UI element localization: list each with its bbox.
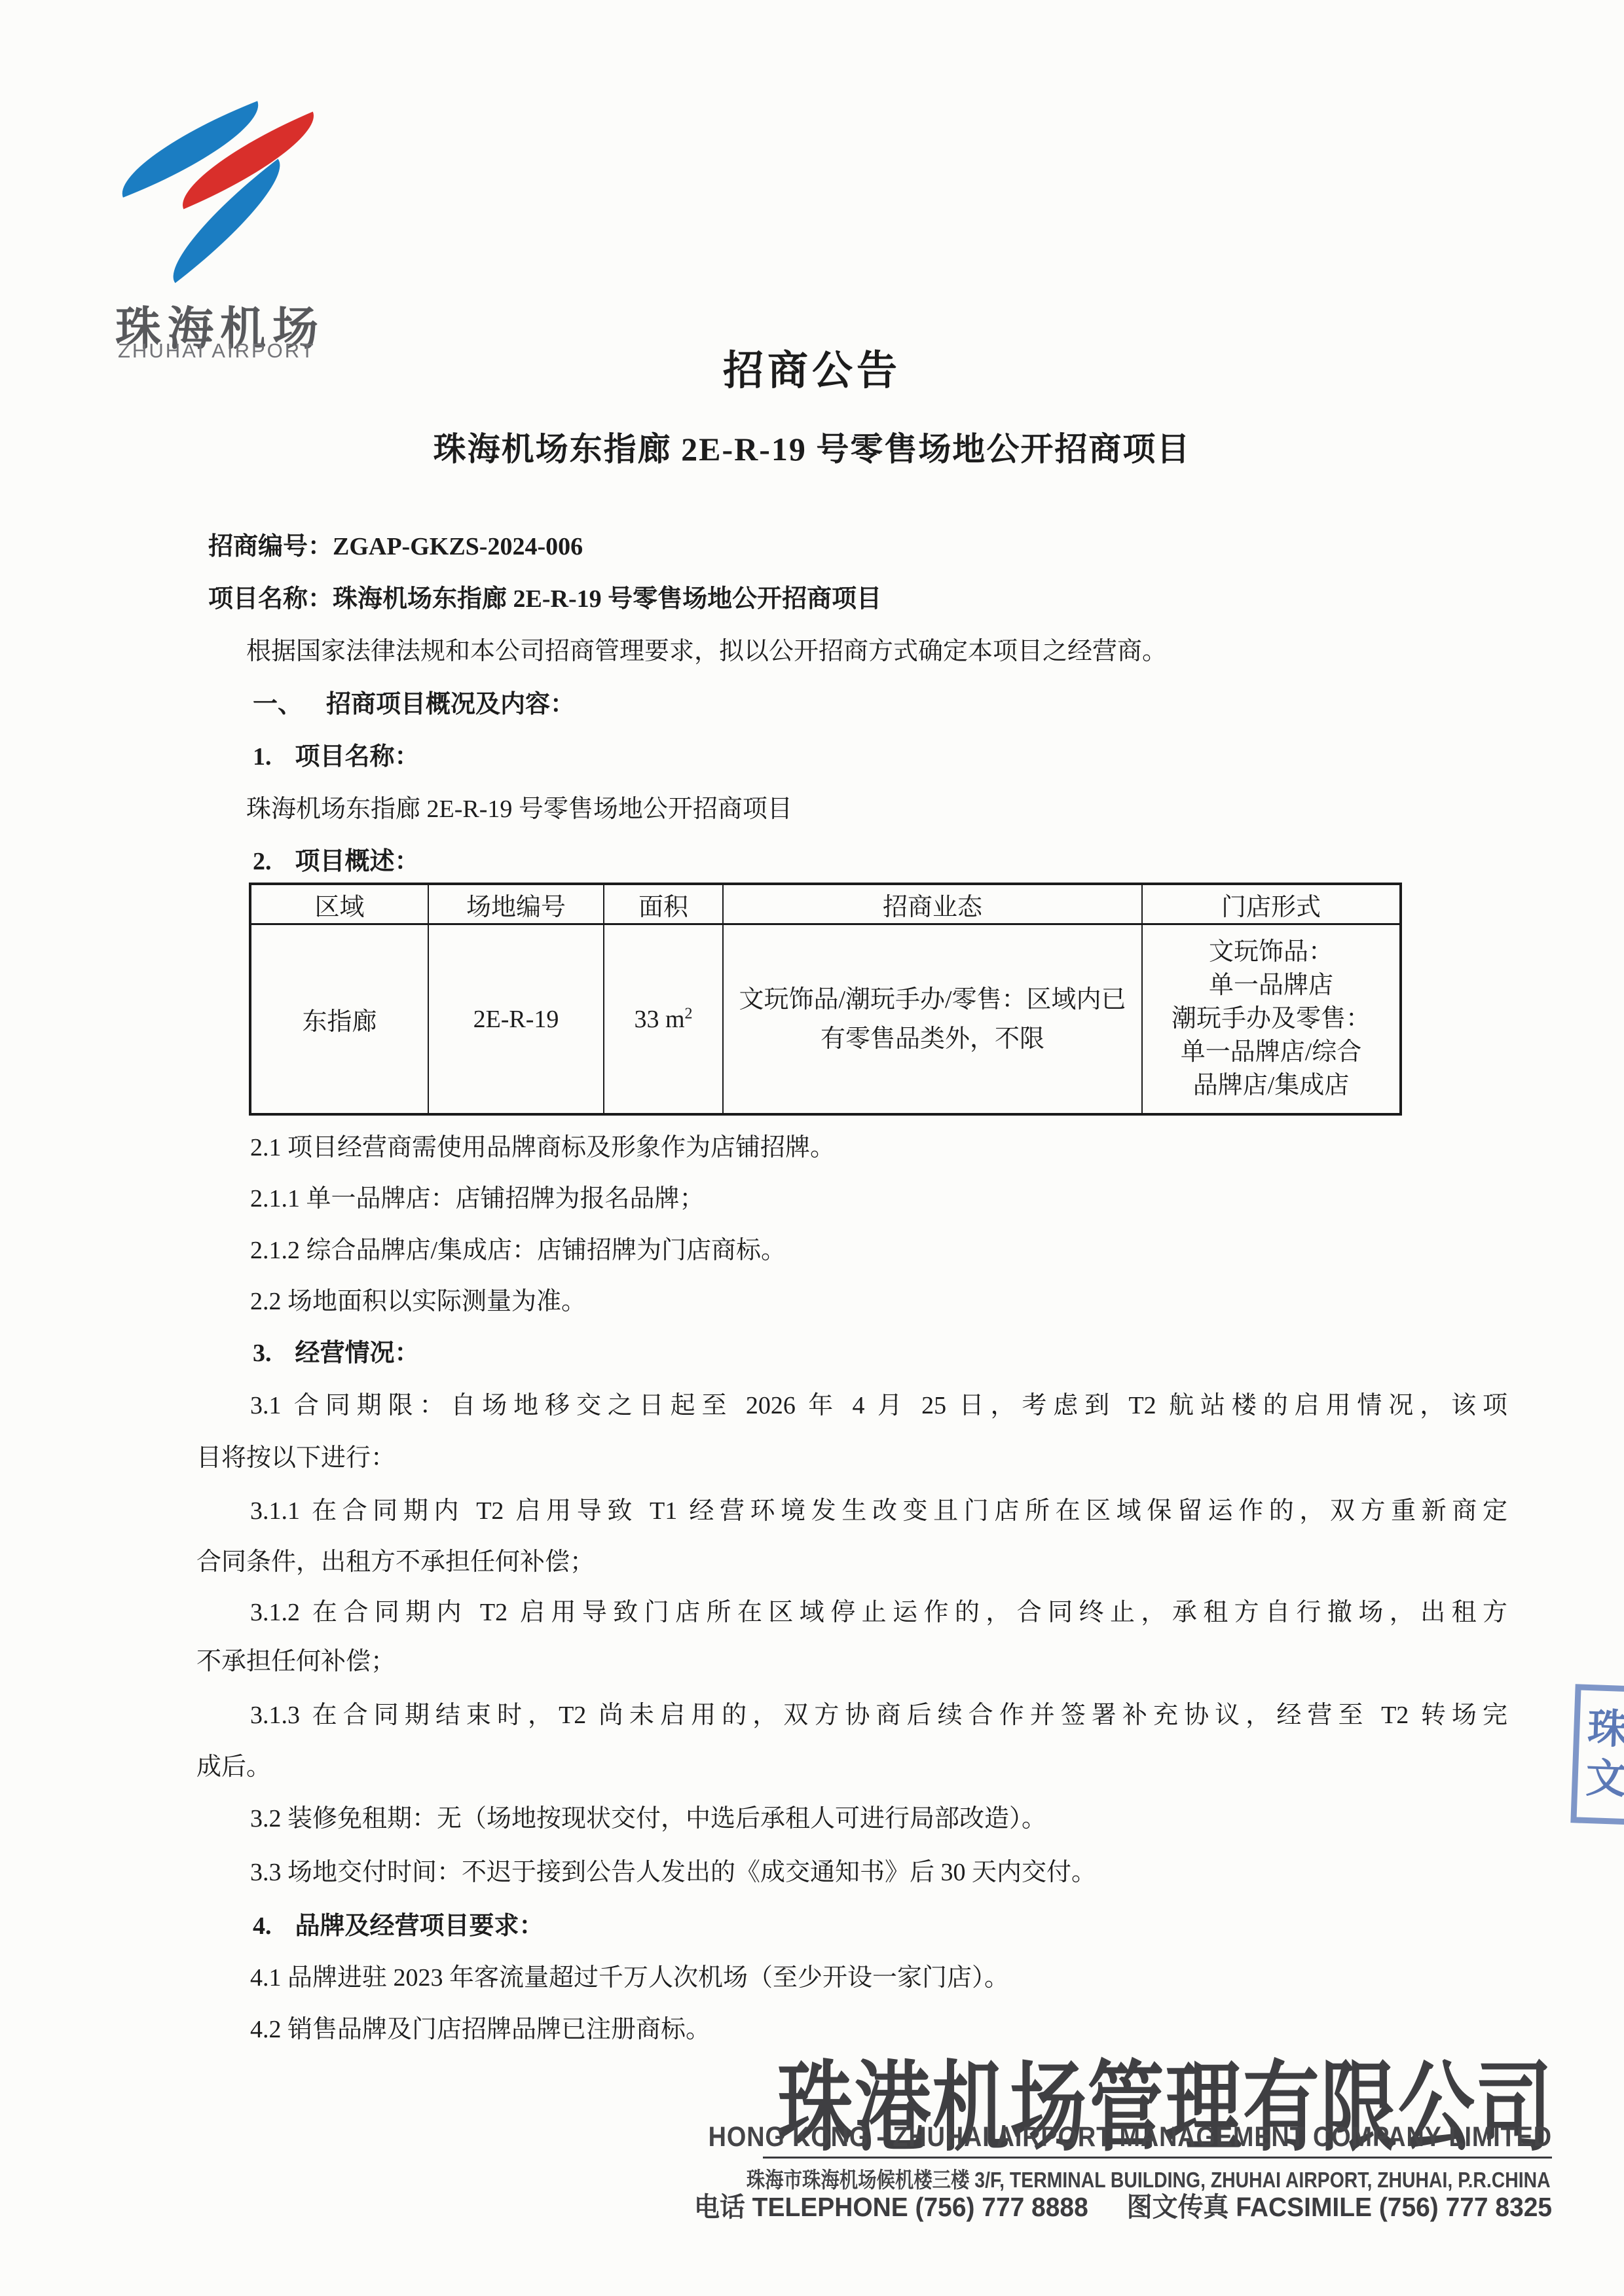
item-2-heading: 2.项目概述：	[200, 847, 1510, 877]
item-1-content: 珠海机场东指廊 2E-R-19 号零售场地公开招商项目	[200, 794, 1504, 824]
clause-3-1-2-line1: 3.1.2 在合同期内 T2 启用导致门店所在区域停止运作的，合同终止，承租方自…	[200, 1597, 1507, 1628]
clause-3-3: 3.3 场地交付时间：不迟于接到公告人发出的《成交通知书》后 30 天内交付。	[200, 1857, 1507, 1887]
footer-divider-line	[763, 2157, 1552, 2159]
section-1-title: 招商项目概况及内容：	[326, 691, 575, 718]
item-3-heading: 3.经营情况：	[200, 1338, 1510, 1368]
table-row: 东指廊 2E-R-19 33 m2 文玩饰品/潮玩手办/零售：区域内已有零售品类…	[250, 924, 1401, 1115]
project-name-line: 项目名称：珠海机场东指廊 2E-R-19 号零售场地公开招商项目	[208, 584, 1466, 614]
stamp-character-bottom: 文	[1585, 1758, 1624, 1800]
item-3-number: 3.	[253, 1338, 272, 1368]
store-form-line: 文玩饰品：	[1154, 936, 1388, 969]
area-value: 33 m	[634, 1006, 684, 1033]
cell-business: 文玩饰品/潮玩手办/零售：区域内已有零售品类外，不限	[723, 924, 1142, 1115]
section-1-heading: 一、招商项目概况及内容：	[200, 689, 1510, 720]
table-header-store-form: 门店形式	[1142, 884, 1401, 924]
table-header-site-no: 场地编号	[428, 884, 604, 924]
cell-store-forms: 文玩饰品： 单一品牌店 潮玩手办及零售： 单一品牌店/综合 品牌店/集成店	[1142, 924, 1401, 1115]
cell-region: 东指廊	[250, 924, 428, 1115]
clause-3-1-2-line2: 不承担任何补偿；	[196, 1647, 1454, 1677]
table-header-business: 招商业态	[723, 884, 1142, 924]
clause-3-1-1-line2: 合同条件，出租方不承担任何补偿；	[196, 1547, 1454, 1577]
store-form-line: 单一品牌店/综合	[1154, 1036, 1388, 1069]
item-4-title: 品牌及经营项目要求：	[295, 1912, 544, 1940]
item-1-heading: 1.项目名称：	[200, 742, 1510, 772]
clause-3-1-3-line1: 3.1.3 在合同期结束时，T2 尚未启用的，双方协商后续合作并签署补充协议，经…	[200, 1700, 1507, 1730]
item-1-title: 项目名称：	[295, 743, 420, 771]
blue-seal-stamp: 珠 文	[1570, 1684, 1624, 1826]
store-form-line: 单一品牌店	[1154, 969, 1388, 1002]
stamp-character-top: 珠	[1587, 1709, 1624, 1751]
item-2-number: 2.	[253, 847, 272, 877]
clause-2-1: 2.1 项目经营商需使用品牌商标及形象作为店铺招牌。	[200, 1133, 1507, 1163]
section-1-number: 一、	[253, 689, 303, 720]
item-2-title: 项目概述：	[295, 848, 420, 875]
store-form-line: 品牌店/集成店	[1154, 1069, 1388, 1102]
item-1-number: 1.	[253, 742, 272, 772]
item-4-heading: 4.品牌及经营项目要求：	[200, 1911, 1510, 1941]
page-title: 招商公告	[0, 338, 1624, 396]
clause-3-1-line2: 目将按以下进行：	[196, 1443, 1454, 1473]
footer-telephone: 电话 TELEPHONE (756) 777 8888	[694, 2192, 1088, 2222]
cell-area: 33 m2	[604, 924, 723, 1115]
area-superscript: 2	[685, 1005, 693, 1022]
project-overview-table: 区域 场地编号 面积 招商业态 门店形式 东指廊 2E-R-19 33 m2 文…	[249, 883, 1402, 1116]
clause-3-1-line1: 3.1 合同期限：自场地移交之日起至 2026 年 4 月 25 日，考虑到 T…	[200, 1391, 1507, 1421]
tender-number-line: 招商编号：ZGAP-GKZS-2024-006	[208, 532, 1466, 562]
cell-site-no: 2E-R-19	[428, 924, 604, 1115]
footer-facsimile: 图文传真 FACSIMILE (756) 777 8325	[1127, 2192, 1552, 2222]
clause-3-1-1-line1: 3.1.1 在合同期内 T2 启用导致 T1 经营环境发生改变且门店所在区域保留…	[200, 1496, 1507, 1526]
clause-2-2: 2.2 场地面积以实际测量为准。	[200, 1286, 1507, 1317]
footer-contact-line: 电话 TELEPHONE (756) 777 8888图文传真 FACSIMIL…	[694, 2185, 1552, 2224]
footer-company-name-en: HONG KONG - ZHUHAI AIRPORT MANAGEMENT CO…	[709, 2121, 1552, 2153]
table-header-region: 区域	[250, 884, 428, 924]
scanned-tender-announcement-page: 珠海机场 ZHUHAI AIRPORT 招商公告 珠海机场东指廊 2E-R-19…	[0, 0, 1624, 2296]
item-3-title: 经营情况：	[295, 1339, 420, 1367]
item-4-number: 4.	[253, 1911, 272, 1941]
clause-3-2: 3.2 装修免租期：无（场地按现状交付，中选后承租人可进行局部改造）。	[200, 1804, 1507, 1834]
intro-paragraph: 根据国家法律法规和本公司招商管理要求，拟以公开招商方式确定本项目之经营商。	[200, 636, 1504, 666]
clause-3-1-3-line2: 成后。	[196, 1752, 1454, 1782]
page-subtitle: 珠海机场东指廊 2E-R-19 号零售场地公开招商项目	[0, 423, 1624, 470]
table-header-row: 区域 场地编号 面积 招商业态 门店形式	[250, 884, 1401, 924]
table-header-area: 面积	[604, 884, 723, 924]
clause-2-1-2: 2.1.2 综合品牌店/集成店：店铺招牌为门店商标。	[200, 1235, 1507, 1266]
clause-4-1: 4.1 品牌进驻 2023 年客流量超过千万人次机场（至少开设一家门店）。	[200, 1963, 1507, 1993]
clause-2-1-1: 2.1.1 单一品牌店：店铺招牌为报名品牌；	[200, 1184, 1507, 1214]
store-form-line: 潮玩手办及零售：	[1154, 1002, 1388, 1036]
